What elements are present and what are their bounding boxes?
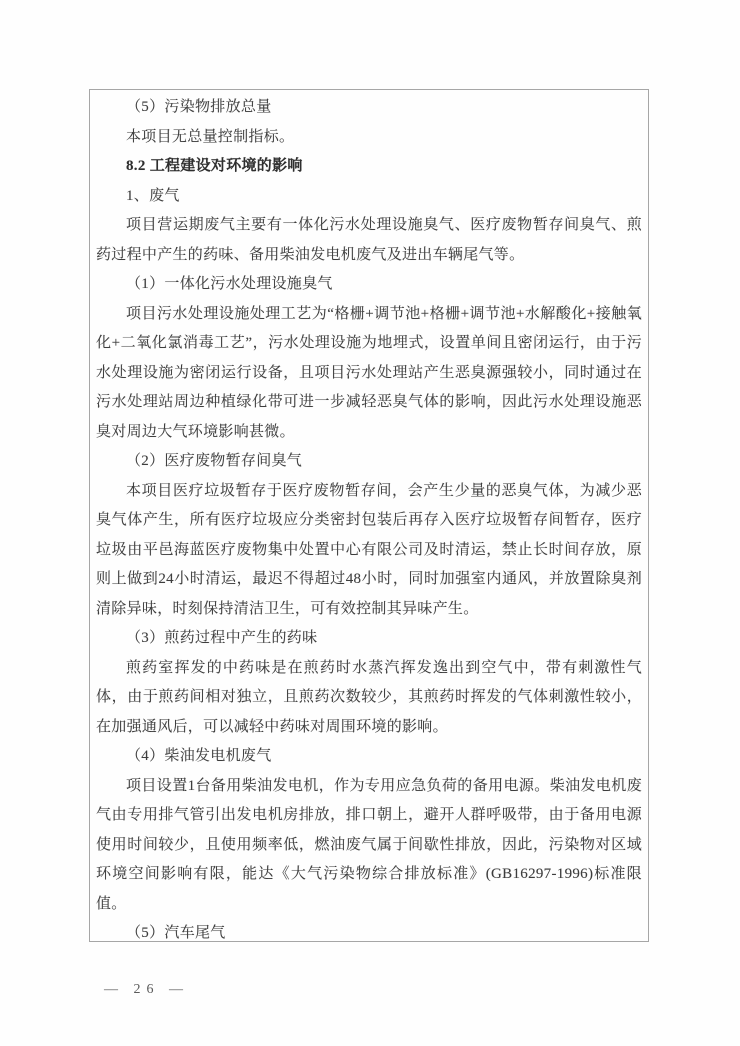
- item-5-pollutant-discharge-total: （5）污染物排放总量: [96, 93, 642, 123]
- heading-8-2-project-impact: 8.2 工程建设对环境的影响: [96, 152, 642, 182]
- para-decoction-smell: 煎药室挥发的中药味是在煎药时水蒸汽挥发逸出到空气中，带有刺激性气体，由于煎药间相…: [96, 654, 642, 743]
- item-2-medical-waste-odor-heading: （2）医疗废物暂存间臭气: [96, 447, 642, 477]
- document-body: （5）污染物排放总量 本项目无总量控制指标。 8.2 工程建设对环境的影响 1、…: [96, 93, 642, 942]
- item-3-decoction-smell-heading: （3）煎药过程中产生的药味: [96, 624, 642, 654]
- para-diesel-generator-exhaust: 项目设置1台备用柴油发电机，作为专用应急负荷的备用电源。柴油发电机废气由专用排气…: [96, 772, 642, 920]
- content-frame: （5）污染物排放总量 本项目无总量控制指标。 8.2 工程建设对环境的影响 1、…: [89, 89, 649, 942]
- para-waste-gas-overview: 项目营运期废气主要有一体化污水处理设施臭气、医疗废物暂存间臭气、煎药过程中产生的…: [96, 211, 642, 270]
- item-1-sewage-odor-heading: （1）一体化污水处理设施臭气: [96, 270, 642, 300]
- para-no-total-quantity-control: 本项目无总量控制指标。: [96, 123, 642, 153]
- page-number: — 26 —: [104, 982, 189, 998]
- item-5-vehicle-exhaust-heading: （5）汽车尾气: [96, 919, 642, 942]
- item-1-waste-gas: 1、废气: [96, 182, 642, 212]
- para-medical-waste-odor: 本项目医疗垃圾暂存于医疗废物暂存间，会产生少量的恶臭气体，为减少恶臭气体产生，所…: [96, 477, 642, 625]
- item-4-diesel-generator-heading: （4）柴油发电机废气: [96, 742, 642, 772]
- document-page: （5）污染物排放总量 本项目无总量控制指标。 8.2 工程建设对环境的影响 1、…: [0, 0, 740, 1046]
- para-sewage-treatment-odor: 项目污水处理设施处理工艺为“格栅+调节池+格栅+调节池+水解酸化+接触氧化+二氧…: [96, 300, 642, 448]
